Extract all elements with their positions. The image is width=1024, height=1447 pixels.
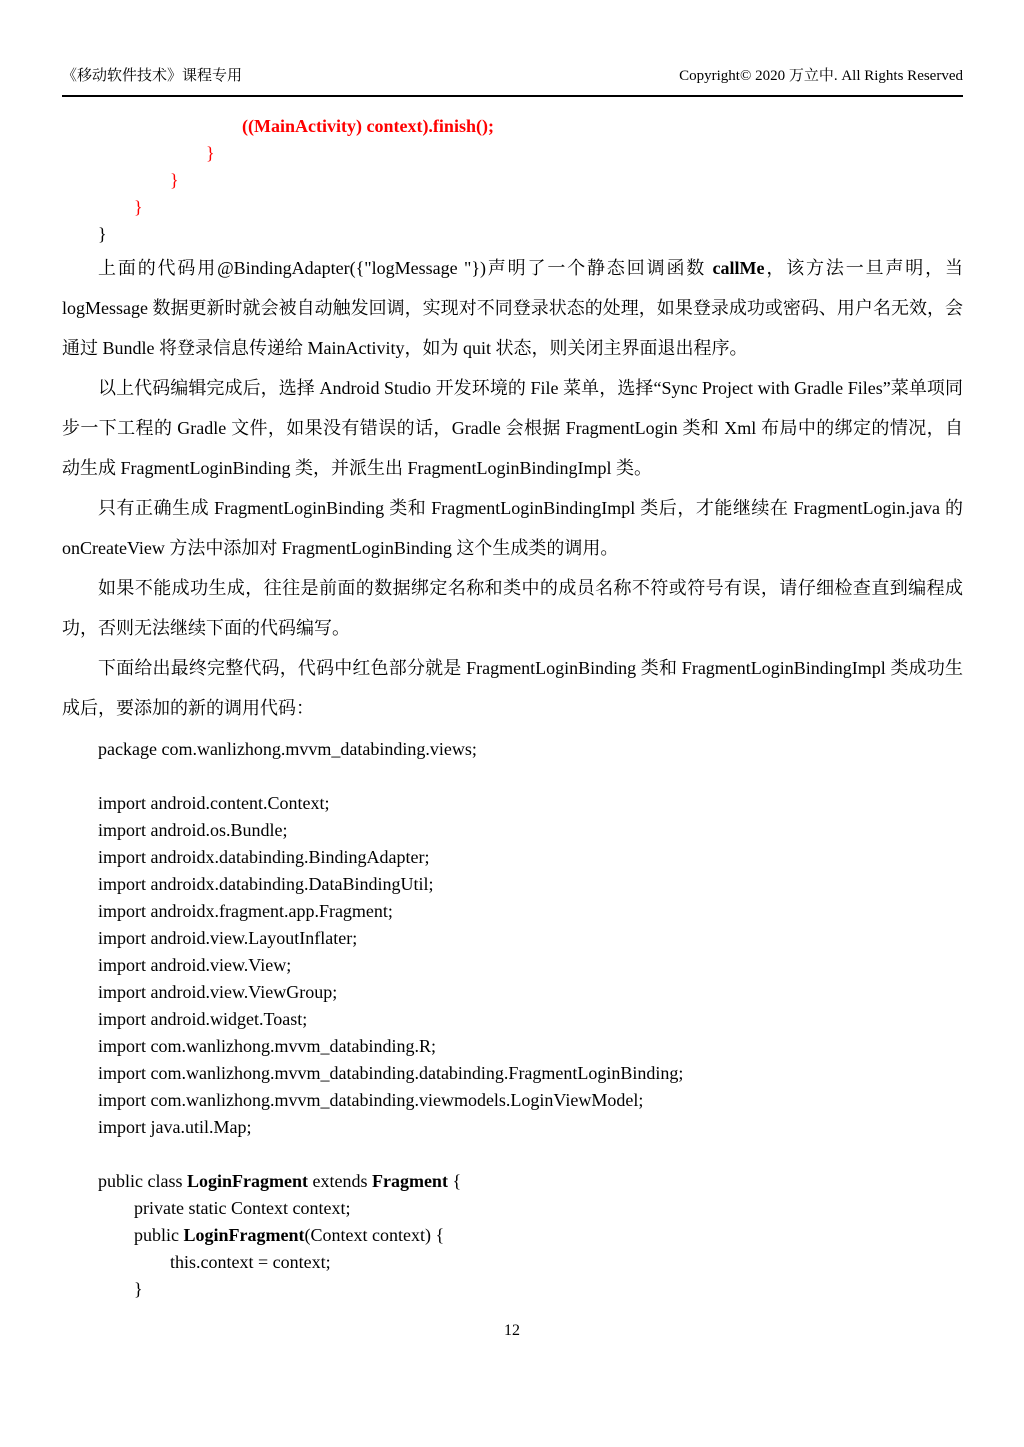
code-line: import androidx.databinding.BindingAdapt… bbox=[62, 844, 963, 871]
page-header: 《移动软件技术》课程专用 Copyright© 2020 万立中. All Ri… bbox=[62, 0, 963, 97]
code-text-segment: import androidx.fragment.app.Fragment; bbox=[98, 901, 393, 921]
code-line: import android.view.View; bbox=[62, 952, 963, 979]
code-line: private static Context context; bbox=[62, 1195, 963, 1222]
code-text-segment: { bbox=[448, 1171, 461, 1191]
code-line: } bbox=[62, 140, 963, 167]
code-line: ((MainActivity) context).finish(); bbox=[62, 113, 963, 140]
code-line: } bbox=[62, 194, 963, 221]
java-code-listing: package com.wanlizhong.mvvm_databinding.… bbox=[62, 736, 963, 1303]
code-text-segment: import androidx.databinding.BindingAdapt… bbox=[98, 847, 429, 867]
paragraph: 只有正确生成 FragmentLoginBinding 类和 FragmentL… bbox=[62, 488, 963, 568]
code-text-segment: LoginFragment bbox=[184, 1225, 305, 1245]
code-text-segment: import android.content.Context; bbox=[98, 793, 329, 813]
paragraph: 下面给出最终完整代码，代码中红色部分就是 FragmentLoginBindin… bbox=[62, 648, 963, 728]
code-line: import android.view.ViewGroup; bbox=[62, 979, 963, 1006]
code-line: public LoginFragment(Context context) { bbox=[62, 1222, 963, 1249]
paragraph: 如果不能成功生成，往往是前面的数据绑定名称和类中的成员名称不符或符号有误，请仔细… bbox=[62, 568, 963, 648]
code-text-segment: import com.wanlizhong.mvvm_databinding.R… bbox=[98, 1036, 436, 1056]
code-blank-line bbox=[62, 1141, 963, 1168]
paragraph-text-segment: 下面给出最终完整代码，代码中红色部分就是 FragmentLoginBindin… bbox=[62, 658, 963, 718]
code-line: import java.util.Map; bbox=[62, 1114, 963, 1141]
code-line: import com.wanlizhong.mvvm_databinding.d… bbox=[62, 1060, 963, 1087]
code-text-segment: (Context context) { bbox=[305, 1225, 445, 1245]
code-text-segment: import android.view.LayoutInflater; bbox=[98, 928, 357, 948]
code-text-segment: extends bbox=[308, 1171, 372, 1191]
code-line: public class LoginFragment extends Fragm… bbox=[62, 1168, 963, 1195]
code-blank-line bbox=[62, 763, 963, 790]
paragraph: 上面的代码用@BindingAdapter({"logMessage "})声明… bbox=[62, 248, 963, 368]
paragraph-text-segment: 如果不能成功生成，往往是前面的数据绑定名称和类中的成员名称不符或符号有误，请仔细… bbox=[62, 578, 963, 638]
paragraph: 以上代码编辑完成后，选择 Android Studio 开发环境的 File 菜… bbox=[62, 368, 963, 488]
code-text-segment: import com.wanlizhong.mvvm_databinding.d… bbox=[98, 1063, 683, 1083]
body-paragraphs: 上面的代码用@BindingAdapter({"logMessage "})声明… bbox=[62, 248, 963, 728]
code-line: import androidx.fragment.app.Fragment; bbox=[62, 898, 963, 925]
paragraph-text-segment: callMe bbox=[713, 258, 765, 278]
code-line: import com.wanlizhong.mvvm_databinding.v… bbox=[62, 1087, 963, 1114]
header-copyright: Copyright© 2020 万立中. All Rights Reserved bbox=[679, 66, 963, 86]
page-footer: 12 bbox=[0, 1320, 1024, 1342]
code-line: import android.widget.Toast; bbox=[62, 1006, 963, 1033]
code-line: } bbox=[62, 167, 963, 194]
code-text-segment: LoginFragment bbox=[187, 1171, 308, 1191]
document-page: 《移动软件技术》课程专用 Copyright© 2020 万立中. All Ri… bbox=[0, 0, 1024, 1447]
code-line: import android.os.Bundle; bbox=[62, 817, 963, 844]
code-line: import androidx.databinding.DataBindingU… bbox=[62, 871, 963, 898]
code-text-segment: import androidx.databinding.DataBindingU… bbox=[98, 874, 433, 894]
code-line: package com.wanlizhong.mvvm_databinding.… bbox=[62, 736, 963, 763]
code-line: import android.view.LayoutInflater; bbox=[62, 925, 963, 952]
code-line: import android.content.Context; bbox=[62, 790, 963, 817]
code-text-segment: this.context = context; bbox=[170, 1252, 331, 1272]
code-line: } bbox=[62, 221, 963, 248]
header-course-label: 《移动软件技术》课程专用 bbox=[62, 66, 242, 86]
paragraph-text-segment: 上面的代码用@BindingAdapter({"logMessage "})声明… bbox=[98, 258, 713, 278]
code-text-segment: import java.util.Map; bbox=[98, 1117, 251, 1137]
code-text-segment: Fragment bbox=[372, 1171, 448, 1191]
code-line: import com.wanlizhong.mvvm_databinding.R… bbox=[62, 1033, 963, 1060]
code-text-segment: } bbox=[134, 1279, 143, 1299]
page-number: 12 bbox=[504, 1322, 520, 1339]
code-text-segment: package com.wanlizhong.mvvm_databinding.… bbox=[98, 739, 477, 759]
code-text-segment: import android.widget.Toast; bbox=[98, 1009, 307, 1029]
code-text-segment: import android.os.Bundle; bbox=[98, 820, 287, 840]
code-text-segment: public bbox=[134, 1225, 184, 1245]
code-text-segment: import com.wanlizhong.mvvm_databinding.v… bbox=[98, 1090, 643, 1110]
code-text-segment: public class bbox=[98, 1171, 187, 1191]
code-text-segment: import android.view.ViewGroup; bbox=[98, 982, 337, 1002]
code-line: this.context = context; bbox=[62, 1249, 963, 1276]
code-text-segment: private static Context context; bbox=[134, 1198, 350, 1218]
highlighted-code-block: ((MainActivity) context).finish();}}}} bbox=[62, 113, 963, 248]
code-text-segment: import android.view.View; bbox=[98, 955, 291, 975]
paragraph-text-segment: 以上代码编辑完成后，选择 Android Studio 开发环境的 File 菜… bbox=[62, 378, 963, 478]
code-line: } bbox=[62, 1276, 963, 1303]
paragraph-text-segment: 只有正确生成 FragmentLoginBinding 类和 FragmentL… bbox=[62, 498, 963, 558]
